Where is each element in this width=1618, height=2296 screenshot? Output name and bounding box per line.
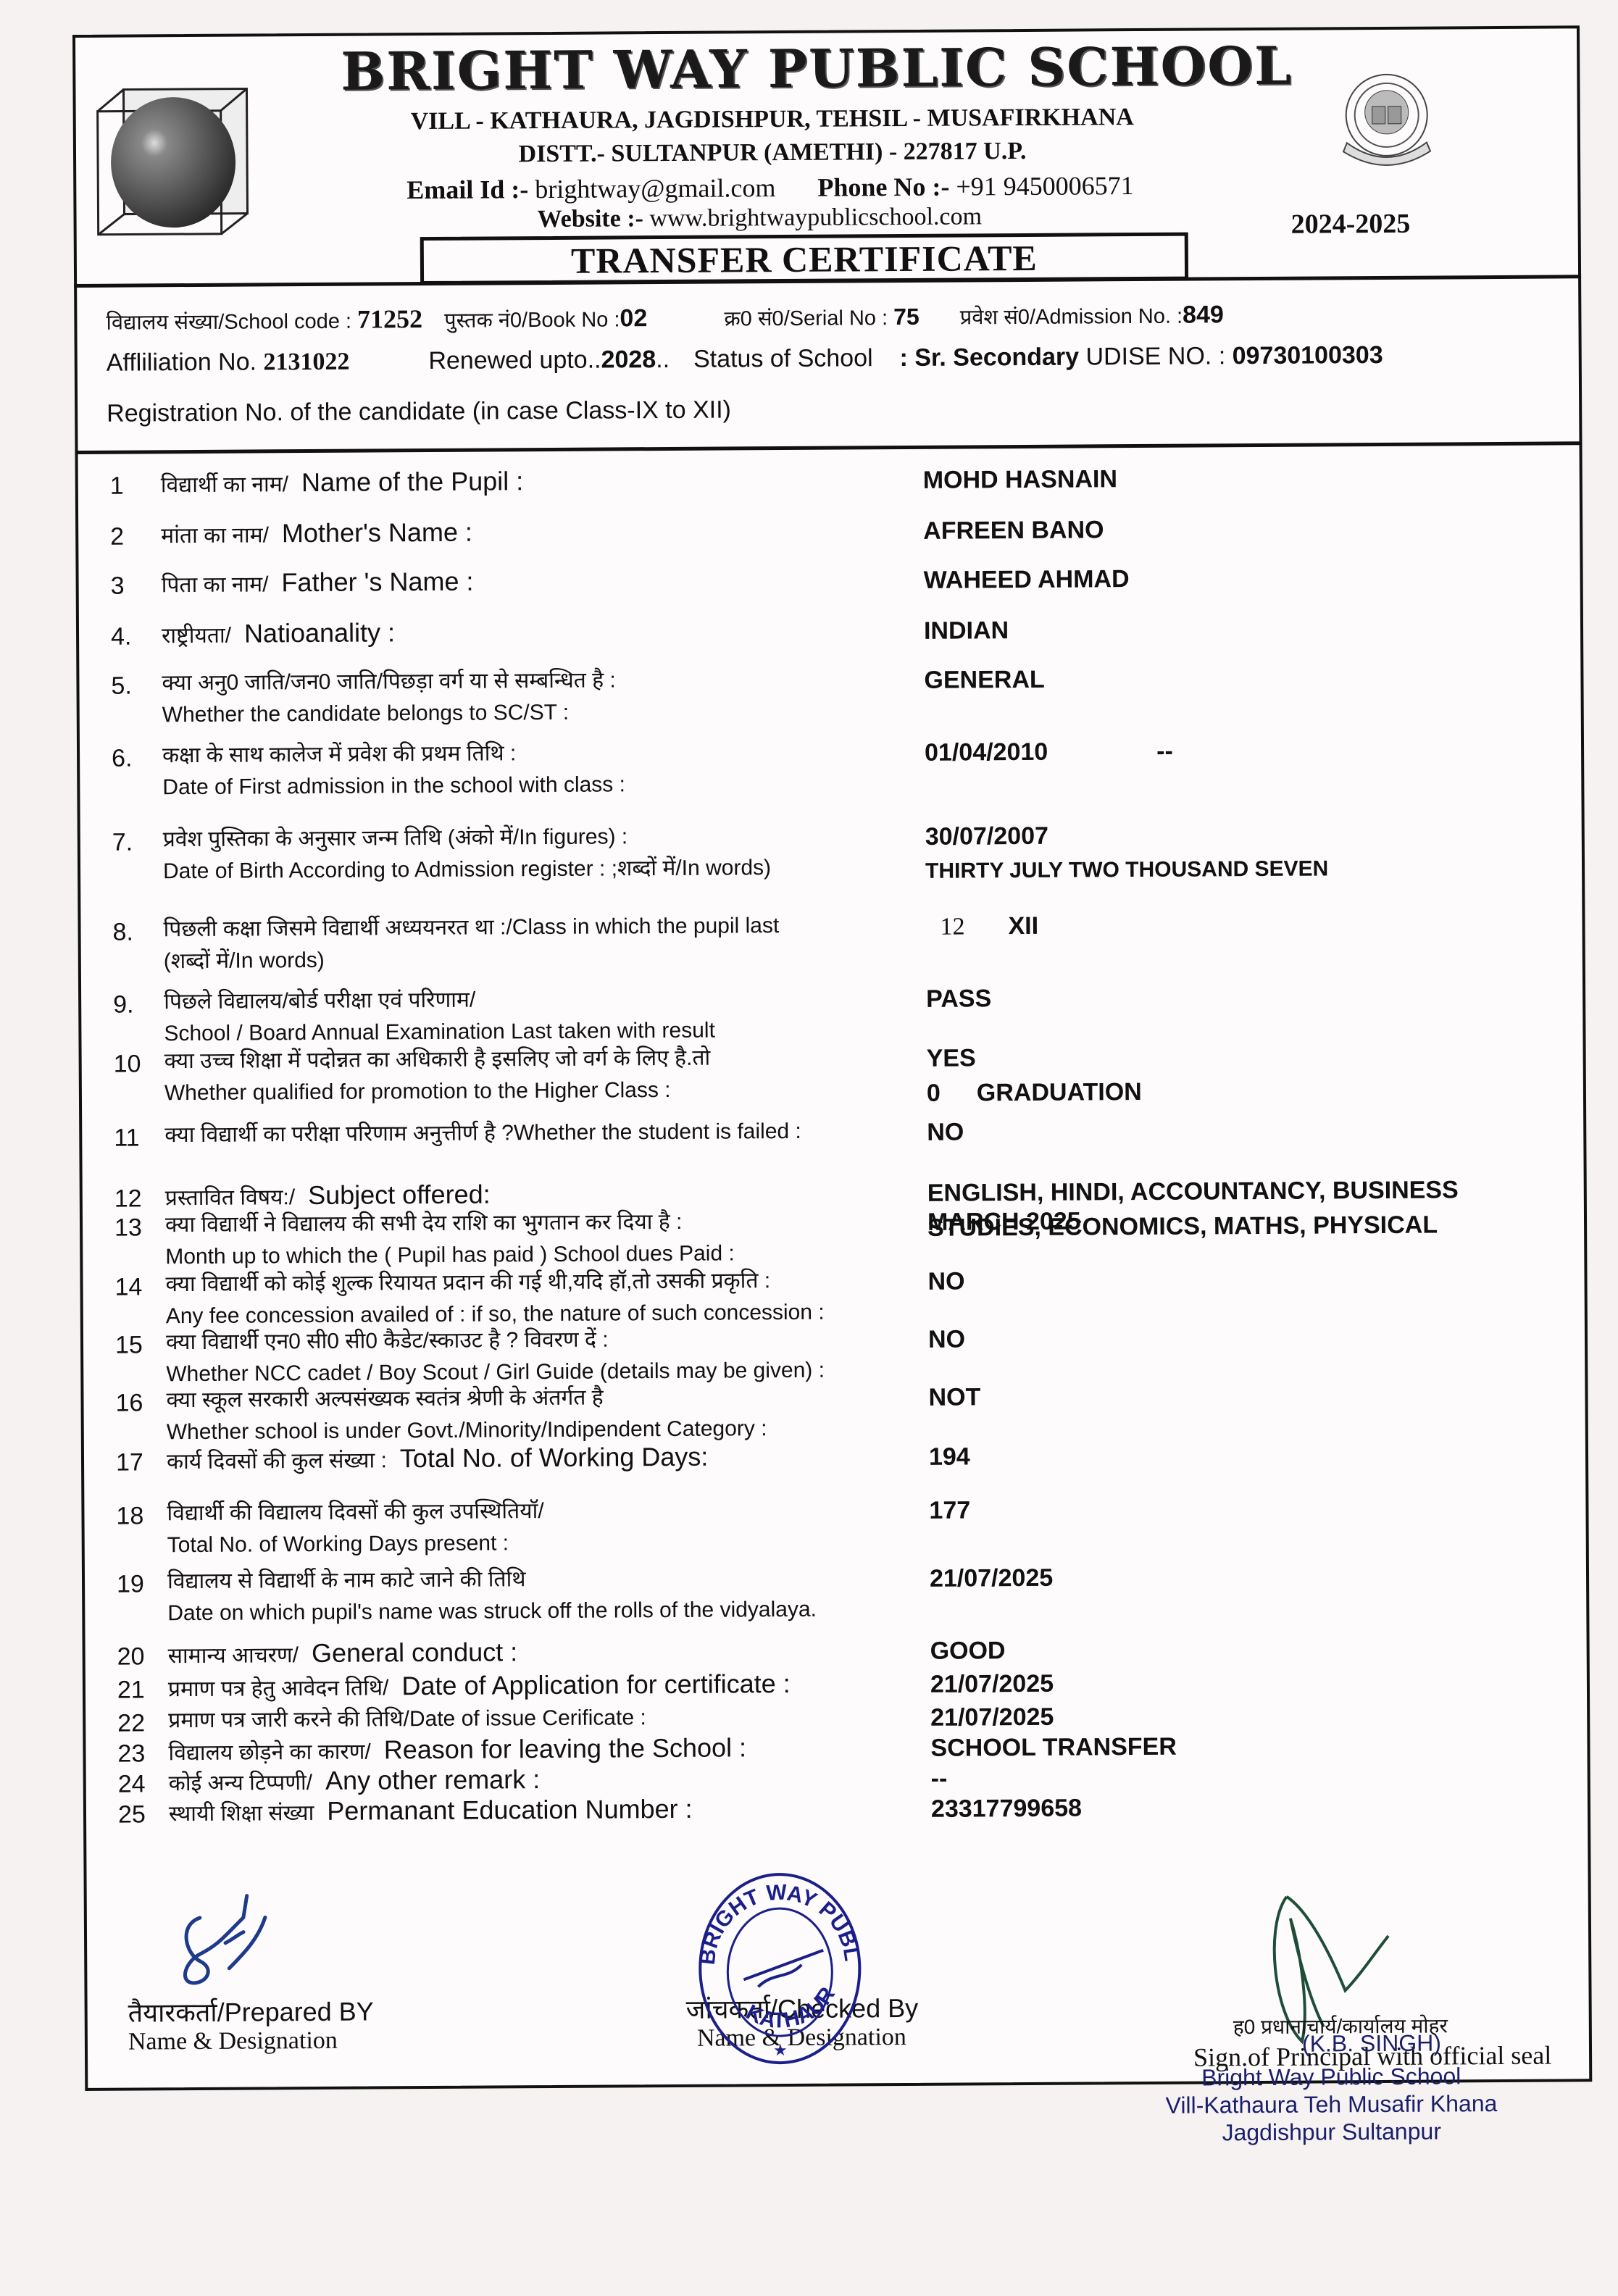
field-value: 30/07/2007THIRTY JULY TWO THOUSAND SEVEN xyxy=(925,817,1329,888)
field-number: 5. xyxy=(111,672,132,701)
field-label: क्या विद्यार्थी ने विद्यालय की सभी देय र… xyxy=(165,1206,735,1273)
field-value: NOT xyxy=(928,1379,980,1414)
field-number: 8. xyxy=(112,919,133,947)
field-label: कार्य दिवसों की कुल संख्या :Total No. of… xyxy=(167,1441,709,1479)
field-value-primary: INDIAN xyxy=(924,617,1009,645)
field-value-class: GRADUATION xyxy=(977,1078,1142,1106)
prepared-by-english: Prepared BY xyxy=(225,1997,374,2027)
svg-text:BRIGHT WAY PUBLIC SCHOOL: BRIGHT WAY PUBLIC SCHOOL xyxy=(692,1855,864,1966)
seal-line-3: Jagdishpur Sultanpur xyxy=(1129,2117,1535,2147)
field-value: 177 xyxy=(929,1493,970,1527)
field-value-primary: 21/07/2025 xyxy=(930,1703,1054,1732)
field-number: 14 xyxy=(114,1273,142,1301)
field-number: 18 xyxy=(116,1502,143,1530)
field-value-primary: 23317799658 xyxy=(931,1795,1082,1823)
phone-label: Phone No :- xyxy=(817,172,949,202)
field-value: 21/07/2025 xyxy=(930,1561,1053,1596)
renewed-value: 2028 xyxy=(601,346,656,373)
cbse-emblem-logo-icon xyxy=(1339,70,1434,180)
field-value: 23317799658 xyxy=(931,1791,1082,1827)
field-label: प्रमाण पत्र जारी करने की तिथि/Date of is… xyxy=(168,1702,646,1737)
field-label-hindi: विद्यालय छोड़ने का कारण/ xyxy=(168,1740,370,1766)
field-label-hindi: कोई अन्य टिप्पणी/ xyxy=(169,1771,313,1795)
field-value: GOOD xyxy=(930,1633,1006,1669)
field-label: क्या विद्यार्थी को कोई शुल्क रियायत प्रद… xyxy=(165,1265,824,1333)
field-number: 24 xyxy=(118,1770,146,1798)
field-label-hindi: क्या विद्यार्थी ने विद्यालय की सभी देय र… xyxy=(165,1210,683,1237)
field-number: 17 xyxy=(116,1448,143,1477)
field-number: 11 xyxy=(114,1124,140,1152)
field-label-english: Name of the Pupil : xyxy=(301,466,523,497)
field-label-english: Total No. of Working Days present : xyxy=(167,1527,544,1561)
field-label-english: (शब्दों में/In words) xyxy=(164,942,780,977)
field-number: 16 xyxy=(115,1389,143,1417)
field-label-hindi: प्रवेश पुस्तिका के अनुसार जन्म तिथि (अंक… xyxy=(163,825,628,851)
contact-line: Email Id :- brightway@gmail.com Phone No… xyxy=(406,170,1134,205)
field-number: 6. xyxy=(112,745,133,773)
field-label-hindi: राष्ट्रीयता/ xyxy=(162,624,231,648)
field-label-hindi: विद्यार्थी की विद्यालय दिवसों की कुल उपस… xyxy=(167,1499,543,1525)
field-label-english: Date of Application for certificate : xyxy=(401,1669,791,1700)
field-value-primary: 21/07/2025 xyxy=(930,1564,1053,1592)
field-label: विद्यार्थी का नाम/Name of the Pupil : xyxy=(161,465,524,501)
email-value: brightway@gmail.com xyxy=(535,173,775,204)
field-label: क्या स्कूल सरकारी अल्पसंख्यक स्वतंत्र श्… xyxy=(166,1381,767,1448)
field-label-hindi: क्या विद्यार्थी को कोई शुल्क रियायत प्रद… xyxy=(165,1269,770,1296)
field-number: 15 xyxy=(115,1331,143,1359)
serial-no-value: 75 xyxy=(893,304,919,330)
school-info-section: विद्यालय संख्या/School code : 71252 पुस्… xyxy=(74,275,1582,454)
principal-seal: Bright Way Public School Vill-Kathaura T… xyxy=(1128,2062,1535,2147)
field-label-hindi: क्या स्कूल सरकारी अल्पसंख्यक स्वतंत्र श्… xyxy=(166,1386,603,1413)
field-label-hindi: क्या अनु0 जाति/जन0 जाति/पिछड़ा वर्ग या स… xyxy=(162,668,615,695)
field-value: NO xyxy=(927,1115,964,1150)
field-value-primary: 30/07/2007 xyxy=(925,822,1048,851)
book-no-label: पुस्तक नं0/Book No : xyxy=(444,308,620,332)
field-value-primary: ENGLISH, HINDI, ACCOUNTANCY, BUSINESS xyxy=(927,1176,1459,1206)
field-label-hindi: सामान्य आचरण/ xyxy=(168,1643,299,1668)
field-value-primary: -- xyxy=(931,1765,948,1792)
field-number: 1 xyxy=(110,472,124,501)
email-label: Email Id :- xyxy=(406,175,528,204)
field-label-english: Any other remark : xyxy=(325,1764,540,1795)
field-label-english: General conduct : xyxy=(312,1637,517,1668)
field-value-primary: WAHEED AHMAD xyxy=(924,565,1130,594)
field-label-hindi: स्थायी शिक्षा संख्या xyxy=(169,1801,314,1826)
school-name: BRIGHT WAY PUBLIC SCHOOL xyxy=(341,35,1293,102)
field-value: MOHD HASNAIN xyxy=(923,462,1118,498)
prepared-designation: Name & Designation xyxy=(128,2027,338,2056)
school-stamp-icon: BRIGHT WAY PUBLIC SCHOOL KATHAURA ★ xyxy=(692,1855,867,2074)
affiliation-line: Affliliation No. 2131022 Renewed upto..2… xyxy=(107,341,1383,377)
field-value: PASS xyxy=(926,981,991,1016)
field-label-hindi: प्रमाण पत्र जारी करने की तिथि/Date of is… xyxy=(168,1706,646,1732)
field-value-secondary: -- xyxy=(1156,738,1173,765)
status-value: : Sr. Secondary xyxy=(899,343,1079,372)
field-label-hindi: प्रमाण पत्र हेतु आवेदन तिथि/ xyxy=(168,1676,389,1701)
field-number: 2 xyxy=(110,523,124,551)
field-label: विद्यालय से विद्यार्थी के नाम काटे जाने … xyxy=(167,1562,817,1629)
field-label: मांता का नाम/Mother's Name : xyxy=(161,517,472,553)
field-label: क्या विद्यार्थी एन0 सी0 सी0 कैडेट/स्काउट… xyxy=(166,1323,825,1391)
field-value-in-words: THIRTY JULY TWO THOUSAND SEVEN xyxy=(925,851,1328,888)
field-label-hindi: प्रस्तावित विषय:/ xyxy=(165,1185,296,1210)
admission-no-label: प्रवेश सं0/Admission No. : xyxy=(960,305,1183,330)
field-label-english: Total No. of Working Days: xyxy=(400,1442,709,1474)
field-label-hindi: विद्यार्थी का नाम/ xyxy=(161,472,288,497)
field-number: 20 xyxy=(117,1642,145,1671)
school-code-label: विद्यालय संख्या/School code : xyxy=(106,310,351,335)
field-label-english: Date on which pupil's name was struck of… xyxy=(167,1594,817,1629)
field-value: NO xyxy=(928,1322,965,1357)
field-label: प्रवेश पुस्तिका के अनुसार जन्म तिथि (अंक… xyxy=(163,820,772,888)
field-number: 3 xyxy=(111,572,125,601)
field-label: कक्षा के साथ कालेज में प्रवेश की प्रथम त… xyxy=(162,737,625,803)
field-label: प्रमाण पत्र हेतु आवेदन तिथि/Date of Appl… xyxy=(168,1668,791,1706)
address-line-2: DISTT.- SULTANPUR (AMETHI) - 227817 U.P. xyxy=(138,135,1406,171)
renewed-suffix: .. xyxy=(656,346,670,373)
field-label-hindi: पिछले विद्यालय/बोर्ड परीक्षा एवं परिणाम/ xyxy=(164,988,475,1014)
field-label: पिछले विद्यालय/बोर्ड परीक्षा एवं परिणाम/… xyxy=(164,983,715,1051)
field-value-primary: NO xyxy=(928,1326,965,1353)
field-label: पिता का नाम/Father 's Name : xyxy=(161,566,473,602)
field-label: सामान्य आचरण/General conduct : xyxy=(168,1636,518,1672)
field-number: 10 xyxy=(114,1050,141,1078)
field-value: -- xyxy=(931,1761,948,1796)
field-number: 23 xyxy=(117,1740,145,1768)
field-label: क्या उच्च शिक्षा में पदोन्नत का अधिकारी … xyxy=(164,1043,711,1110)
field-label: क्या विद्यार्थी का परीक्षा परिणाम अनुत्त… xyxy=(164,1116,801,1151)
field-value-primary: YES xyxy=(927,1044,976,1072)
field-label-english: Natioanality : xyxy=(244,617,395,648)
field-label-hindi: पिता का नाम/ xyxy=(162,572,269,597)
field-value-primary: MOHD HASNAIN xyxy=(923,465,1117,494)
field-value: 12XII xyxy=(925,909,1038,945)
prepared-by-signature-icon xyxy=(157,1888,273,1990)
website-label: Website :- xyxy=(537,205,643,233)
field-label-hindi: मांता का नाम/ xyxy=(161,523,269,548)
field-value-primary: NO xyxy=(927,1268,964,1295)
field-value: 01/04/2010-- xyxy=(925,734,1173,770)
field-value: YES0GRADUATION xyxy=(927,1040,1142,1111)
field-value: WAHEED AHMAD xyxy=(923,562,1129,598)
school-code-value: 71252 xyxy=(357,304,422,334)
field-label-english: Whether the candidate belongs to SC/ST : xyxy=(162,696,617,731)
field-value: 194 xyxy=(929,1439,970,1474)
serial-no-label: क्र0 सं0/Serial No : xyxy=(724,306,888,330)
field-value-primary: MARCH 2025 xyxy=(927,1208,1081,1236)
field-value-primary: AFREEN BANO xyxy=(923,516,1104,545)
seal-line-1: Bright Way Public School xyxy=(1128,2062,1534,2092)
field-value-primary: 12 xyxy=(940,914,964,940)
session-year: 2024-2025 xyxy=(1290,208,1410,241)
website-line: Website :- www.brightwaypublicschool.com xyxy=(537,203,982,233)
book-no-value: 02 xyxy=(620,304,647,332)
field-value: 21/07/2025 xyxy=(930,1666,1054,1702)
field-value-primary: SCHOOL TRANSFER xyxy=(930,1733,1177,1762)
field-value-primary: GOOD xyxy=(930,1637,1006,1665)
field-label-hindi: क्या उच्च शिक्षा में पदोन्नत का अधिकारी … xyxy=(164,1046,711,1074)
field-value: MARCH 2025 xyxy=(927,1204,1081,1240)
field-label-hindi: कार्य दिवसों की कुल संख्या : xyxy=(167,1448,387,1474)
renewed-label: Renewed upto.. xyxy=(428,346,601,375)
udise-value: 09730100303 xyxy=(1233,341,1383,370)
field-value: AFREEN BANO xyxy=(923,512,1104,548)
status-label: Status of School xyxy=(693,344,873,373)
svg-text:★: ★ xyxy=(773,2041,788,2059)
prepared-by-label: तैयारकर्ता/Prepared BY xyxy=(128,1993,374,2030)
address-line-1: VILL - KATHAURA, JAGDISHPUR, TEHSIL - MU… xyxy=(138,102,1406,138)
field-number: 4. xyxy=(111,623,132,651)
registration-label: Registration No. of the candidate (in ca… xyxy=(107,396,731,427)
field-label: विद्यार्थी की विद्यालय दिवसों की कुल उपस… xyxy=(167,1495,544,1561)
affiliation-value: 2131022 xyxy=(263,348,349,376)
field-value-primary: GENERAL xyxy=(924,666,1044,694)
field-value-primary: 21/07/2025 xyxy=(930,1670,1054,1698)
field-value-secondary: XII xyxy=(1008,912,1038,940)
seal-line-2: Vill-Kathaura Teh Musafir Khana xyxy=(1128,2090,1534,2119)
field-number: 19 xyxy=(117,1570,144,1598)
codes-line: विद्यालय संख्या/School code : 71252 पुस्… xyxy=(106,299,1224,335)
field-label-hindi: कक्षा के साथ कालेज में प्रवेश की प्रथम त… xyxy=(162,741,516,767)
field-value-primary: PASS xyxy=(926,985,991,1013)
affiliation-label: Affliliation No. xyxy=(107,348,257,376)
document-title: TRANSFER CERTIFICATE xyxy=(420,233,1188,285)
field-value-primary: NOT xyxy=(928,1383,980,1411)
field-number: 12 xyxy=(114,1185,142,1213)
udise-label: UDISE NO. : xyxy=(1085,342,1225,370)
field-label-english: Father 's Name : xyxy=(281,567,473,598)
field-value-line-2: 0GRADUATION xyxy=(927,1074,1142,1111)
field-label-hindi: विद्यालय से विद्यार्थी के नाम काटे जाने … xyxy=(167,1567,526,1593)
field-label-english: Date of First admission in the school wi… xyxy=(162,769,625,803)
field-label-hindi: पिछली कक्षा जिसमे विद्यार्थी अध्ययनरत था… xyxy=(163,914,779,941)
field-value: SCHOOL TRANSFER xyxy=(930,1729,1177,1766)
field-number: 9. xyxy=(113,991,134,1019)
prepared-by-hindi: तैयारकर्ता/ xyxy=(128,1997,225,2028)
admission-no-value: 849 xyxy=(1183,301,1224,328)
field-value-primary: 177 xyxy=(929,1496,970,1524)
field-label-english: Mother's Name : xyxy=(282,517,472,548)
field-value: NO xyxy=(927,1264,964,1299)
field-number: 25 xyxy=(118,1800,146,1829)
field-number: 13 xyxy=(114,1214,142,1242)
field-label-english: Whether qualified for promotion to the H… xyxy=(164,1074,711,1110)
phone-value: +91 9450006571 xyxy=(956,171,1134,201)
field-number: 21 xyxy=(117,1676,145,1704)
field-value-primary: NO xyxy=(927,1119,964,1146)
website-value: www.brightwaypublicschool.com xyxy=(649,203,982,232)
field-value: GENERAL xyxy=(924,662,1045,698)
field-label-english: Reason for leaving the School : xyxy=(384,1732,747,1764)
header: BRIGHT WAY PUBLIC SCHOOL VILL - KATHAURA… xyxy=(72,25,1581,288)
principal-name: (K.B. SINGH) xyxy=(1302,2030,1441,2058)
field-label-hindi: क्या विद्यार्थी एन0 सी0 सी0 कैडेट/स्काउट… xyxy=(166,1328,609,1355)
field-value-primary: 194 xyxy=(929,1443,970,1470)
certificate-page: BRIGHT WAY PUBLIC SCHOOL VILL - KATHAURA… xyxy=(72,25,1592,2092)
field-label-hindi: क्या विद्यार्थी का परीक्षा परिणाम अनुत्त… xyxy=(164,1119,801,1147)
field-label-english: Date of Birth According to Admission reg… xyxy=(163,852,771,888)
field-number: 22 xyxy=(117,1709,145,1737)
field-label: पिछली कक्षा जिसमे विद्यार्थी अध्ययनरत था… xyxy=(163,910,779,977)
field-label: स्थायी शिक्षा संख्याPermanant Education … xyxy=(169,1793,693,1830)
field-number: 7. xyxy=(112,829,133,857)
field-value: INDIAN xyxy=(924,613,1009,648)
stamp-text-top: BRIGHT WAY PUBLIC SCHOOL xyxy=(692,1855,864,1966)
field-label: क्या अनु0 जाति/जन0 जाति/पिछड़ा वर्ग या स… xyxy=(162,664,616,731)
field-label-english: Permanant Education Number : xyxy=(327,1794,693,1826)
field-label-english: Subject offered: xyxy=(308,1180,491,1211)
field-label: राष्ट्रीयता/Natioanality : xyxy=(162,617,395,652)
field-value-code: 0 xyxy=(927,1080,941,1107)
field-value-primary: 01/04/2010 xyxy=(925,738,1048,767)
